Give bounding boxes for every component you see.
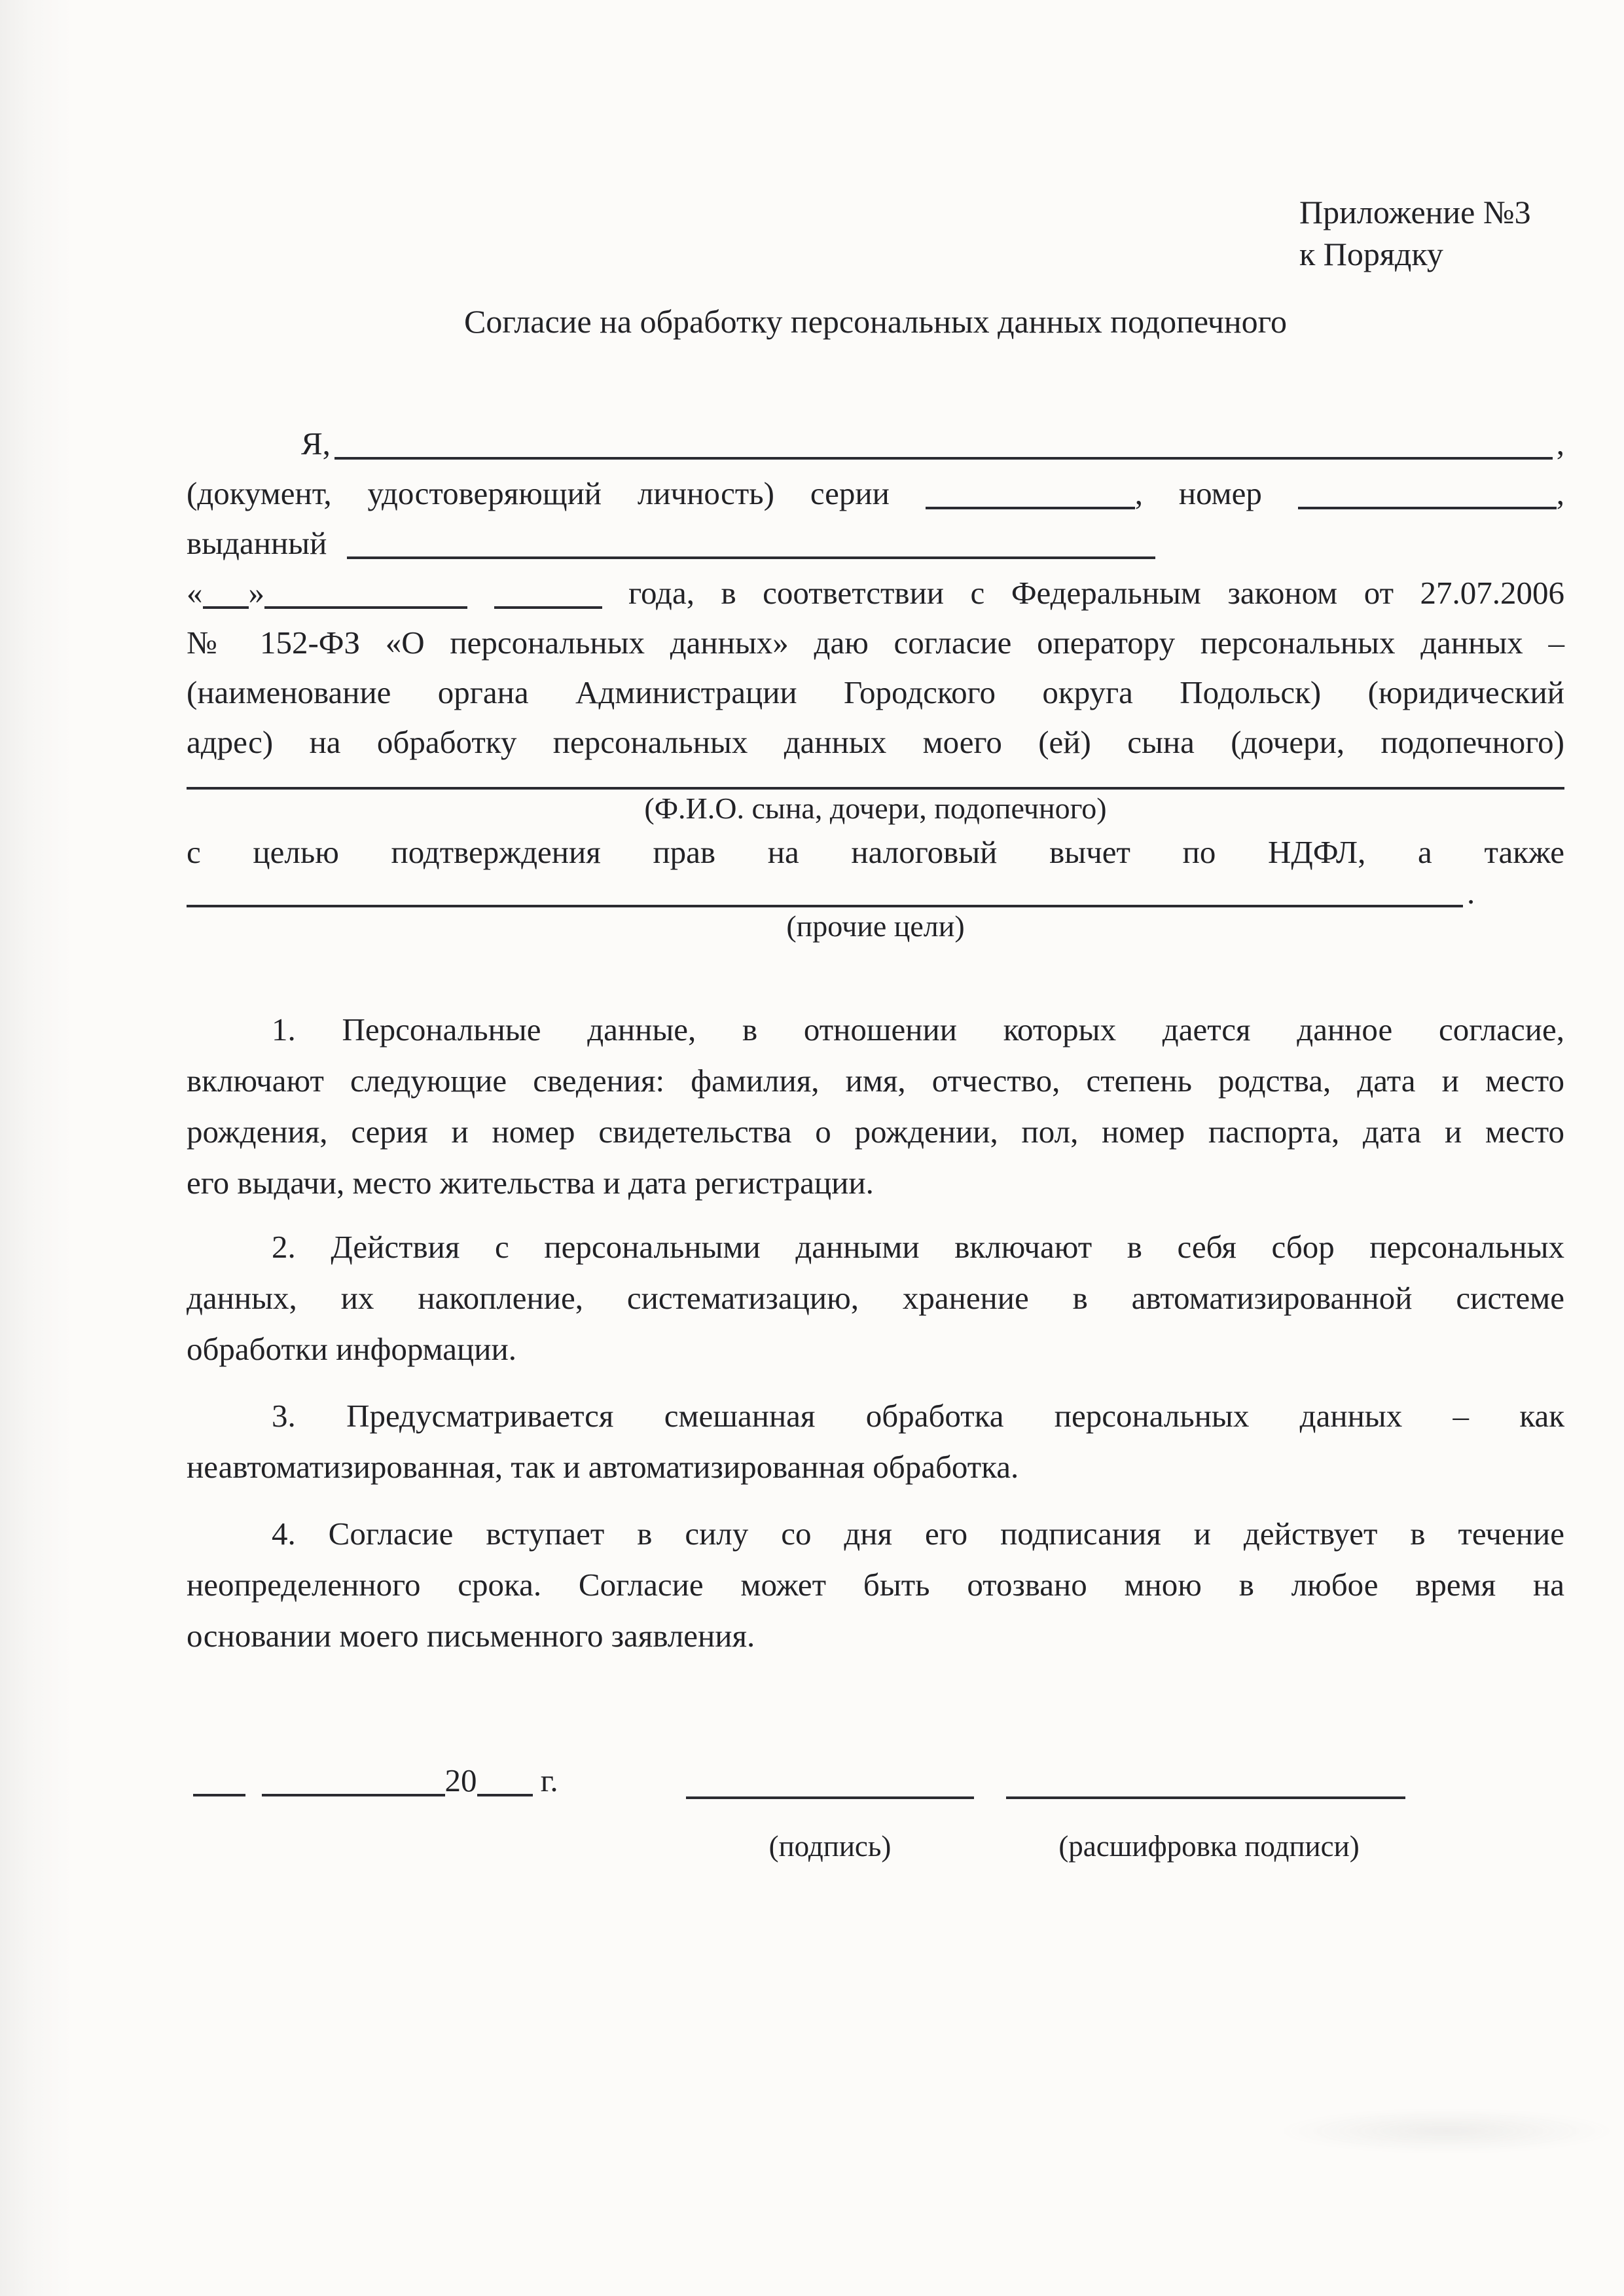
document-page: Приложение №3 к Порядку Согласие на обра…: [0, 0, 1624, 2296]
intro-line-date-law: «» года, в соответствии с Федеральным за…: [187, 568, 1564, 618]
law-reference-text: года, в соответствии с Федеральным закон…: [628, 575, 1564, 611]
signature-row: 20 г.: [187, 1760, 1564, 1806]
intro-line-address: адрес) на обработку персональных данных …: [187, 718, 1564, 767]
month-blank: [264, 580, 467, 609]
quote-close: »: [249, 575, 265, 611]
paragraph-line: 4. Согласие вступает в силу со дня его п…: [187, 1508, 1564, 1559]
paragraph-line: 3. Предусматривается смешанная обработка…: [187, 1391, 1564, 1442]
paragraph-line: неопределенного срока. Согласие может бы…: [187, 1559, 1564, 1611]
signature-blank: [686, 1796, 974, 1799]
paragraph-line: 1. Персональные данные, в отношении кото…: [187, 1004, 1564, 1055]
paragraph-line: неавтоматизированная, так и автоматизиро…: [187, 1442, 1564, 1493]
day-blank: [203, 580, 249, 609]
year-prefix: 20: [445, 1762, 477, 1798]
other-purposes-caption: (прочие цели): [187, 907, 1564, 945]
child-name-caption: (Ф.И.О. сына, дочери, подопечного): [187, 790, 1564, 828]
intro-line-name: Я, ,: [187, 419, 1564, 469]
purpose-line: с целью подтверждения прав на налоговый …: [187, 828, 1564, 877]
paragraph-line: включают следующие сведения: фамилия, им…: [187, 1055, 1564, 1106]
scan-artifact: [1276, 2108, 1617, 2154]
child-name-blank: [187, 787, 1564, 790]
signature-labels-row: (подпись) (расшифровка подписи): [187, 1829, 1564, 1868]
appendix-note-line1: Приложение №3: [1299, 191, 1531, 233]
intro-line-document: (документ, удостоверяющий личность) сери…: [187, 469, 1564, 519]
date-year-blank: [477, 1768, 533, 1796]
trailing-comma: ,: [1557, 419, 1564, 469]
issued-by-blank: [347, 530, 1155, 559]
appendix-note: Приложение №3 к Порядку: [1299, 191, 1531, 275]
full-name-blank: [334, 431, 1553, 460]
paragraph-4: 4. Согласие вступает в силу со дня его п…: [187, 1508, 1564, 1662]
series-group: , номер: [926, 475, 1262, 511]
sentence-period: .: [1467, 874, 1475, 911]
year-blank: [494, 580, 602, 609]
paragraph-line: основании моего письменного заявления.: [187, 1611, 1564, 1662]
series-blank: [926, 481, 1135, 509]
date-group: «»: [187, 575, 467, 611]
paragraph-3: 3. Предусматривается смешанная обработка…: [187, 1391, 1564, 1493]
date-day-blank: [193, 1768, 245, 1796]
paragraph-line: его выдачи, место жительства и дата реги…: [187, 1157, 1564, 1209]
appendix-note-line2: к Порядку: [1299, 233, 1531, 275]
paragraph-line: данных, их накопление, систематизацию, х…: [187, 1273, 1564, 1324]
date-fill-group: 20 г.: [193, 1762, 558, 1799]
paragraph-1: 1. Персональные данные, в отношении кото…: [187, 1004, 1564, 1209]
paragraph-2: 2. Действия с персональными данными вклю…: [187, 1222, 1564, 1375]
paragraph-line: обработки информации.: [187, 1324, 1564, 1375]
signature-caption: (подпись): [686, 1829, 974, 1863]
year-suffix: г.: [541, 1762, 558, 1798]
number-label: , номер: [1135, 475, 1262, 511]
paragraph-line: рождения, серия и номер свидетельства о …: [187, 1106, 1564, 1157]
intro-line-issued: выданный: [187, 519, 1564, 568]
other-purposes-blank-row: .: [187, 877, 1564, 907]
date-month-blank: [262, 1768, 445, 1796]
document-title: Согласие на обработку персональных данны…: [187, 302, 1564, 340]
document-series-label: (документ, удостоверяющий личность) сери…: [187, 475, 890, 511]
number-blank: [1298, 481, 1557, 509]
other-purposes-blank: [187, 905, 1463, 907]
signature-name-caption: (расшифровка подписи): [986, 1829, 1432, 1863]
issued-by-label: выданный: [187, 525, 327, 561]
pronoun-label: Я,: [301, 419, 331, 469]
child-name-blank-row: [187, 767, 1564, 790]
quote-open: «: [187, 575, 203, 611]
trailing-comma: ,: [1557, 475, 1564, 511]
intro-line-operator: (наименование органа Администрации Город…: [187, 668, 1564, 718]
intro-line-law: № 152-ФЗ «О персональных данных» даю сог…: [187, 618, 1564, 668]
document-body: Я, , (документ, удостоверяющий личность)…: [187, 419, 1564, 1868]
paragraph-line: 2. Действия с персональными данными вклю…: [187, 1222, 1564, 1273]
number-group: ,: [1298, 475, 1564, 511]
signature-name-blank: [1006, 1796, 1405, 1799]
